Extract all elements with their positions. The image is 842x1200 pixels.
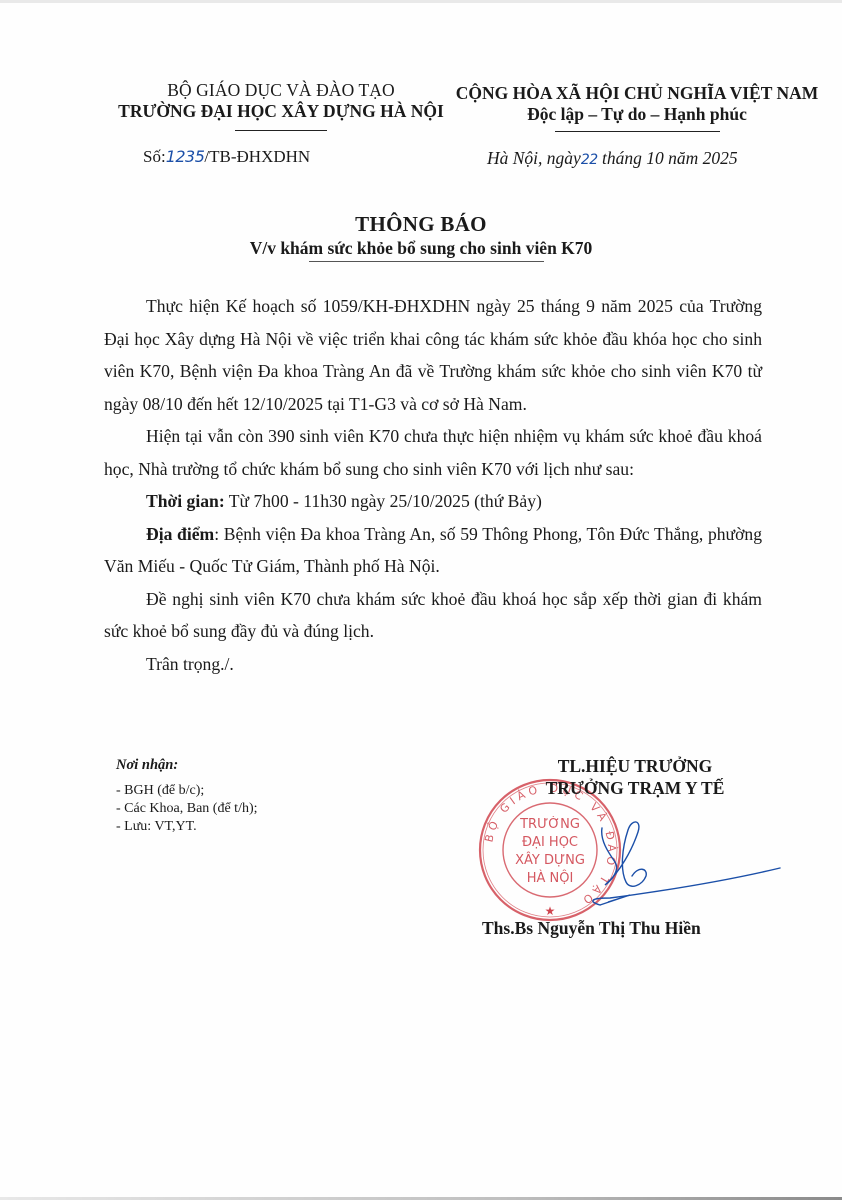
header-right-underline: [555, 131, 720, 132]
closing-line: Trân trọng./.: [104, 648, 762, 681]
national-motto: Độc lập – Tự do – Hạnh phúc: [452, 104, 822, 125]
seal-line-4: HÀ NỘI: [527, 870, 574, 886]
recipient-item: - BGH (để b/c);: [116, 782, 258, 800]
body-paragraph-3: Đề nghị sinh viên K70 chưa khám sức khoẻ…: [104, 583, 762, 648]
time-label: Thời gian:: [146, 491, 225, 511]
document-page: BỘ GIÁO DỤC VÀ ĐÀO TẠO TRƯỜNG ĐẠI HỌC XÂ…: [0, 0, 842, 1200]
issue-date: Hà Nội, ngày22 tháng 10 năm 2025: [487, 148, 738, 169]
signer-role-line-2: TRƯỞNG TRẠM Y TẾ: [470, 777, 800, 799]
body-paragraph-2: Hiện tại vẫn còn 390 sinh viên K70 chưa …: [104, 420, 762, 485]
recipients-label: Nơi nhận:: [116, 756, 258, 774]
document-title: THÔNG BÁO: [0, 212, 842, 237]
university-name: TRƯỜNG ĐẠI HỌC XÂY DỰNG HÀ NỘI: [106, 101, 456, 122]
doc-number-handwritten: 1235: [166, 147, 205, 166]
document-body: Thực hiện Kế hoạch số 1059/KH-ĐHXDHN ngà…: [104, 290, 762, 680]
schedule-time: Thời gian: Từ 7h00 - 11h30 ngày 25/10/20…: [104, 485, 762, 518]
document-subject: V/v khám sức khỏe bổ sung cho sinh viên …: [0, 237, 842, 259]
doc-number-prefix: Số:: [143, 147, 166, 166]
document-number: Số:1235/TB-ĐHXDHN: [143, 147, 310, 167]
document-title-block: THÔNG BÁO V/v khám sức khỏe bổ sung cho …: [0, 212, 842, 262]
schedule-place: Địa điểm: Bệnh viện Đa khoa Tràng An, số…: [104, 518, 762, 583]
place-label: Địa điểm: [146, 524, 214, 544]
country-name: CỘNG HÒA XÃ HỘI CHỦ NGHĨA VIỆT NAM: [452, 83, 822, 104]
signer-name: Ths.Bs Nguyễn Thị Thu Hiền: [482, 918, 701, 939]
date-day-handwritten: 22: [581, 152, 598, 168]
subject-underline: [309, 261, 544, 262]
ministry-name: BỘ GIÁO DỤC VÀ ĐÀO TẠO: [106, 80, 456, 101]
signer-role-line-1: TL.HIỆU TRƯỞNG: [470, 755, 800, 777]
handwritten-signature: [570, 810, 790, 910]
date-suffix: tháng 10 năm 2025: [598, 148, 738, 168]
date-prefix: Hà Nội, ngày: [487, 148, 581, 168]
issuing-authority-header: BỘ GIÁO DỤC VÀ ĐÀO TẠO TRƯỜNG ĐẠI HỌC XÂ…: [106, 80, 456, 131]
recipients-block: Nơi nhận: - BGH (để b/c); - Các Khoa, Ba…: [116, 756, 258, 836]
scan-top-edge: [0, 0, 842, 3]
body-paragraph-1: Thực hiện Kế hoạch số 1059/KH-ĐHXDHN ngà…: [104, 290, 762, 420]
recipient-item: - Lưu: VT,YT.: [116, 818, 258, 836]
time-value: Từ 7h00 - 11h30 ngày 25/10/2025 (thứ Bảy…: [225, 491, 542, 511]
recipient-item: - Các Khoa, Ban (để t/h);: [116, 800, 258, 818]
seal-star-icon: ★: [545, 904, 556, 918]
doc-number-suffix: /TB-ĐHXDHN: [204, 147, 310, 166]
national-header: CỘNG HÒA XÃ HỘI CHỦ NGHĨA VIỆT NAM Độc l…: [452, 83, 822, 132]
header-left-underline: [235, 130, 327, 131]
